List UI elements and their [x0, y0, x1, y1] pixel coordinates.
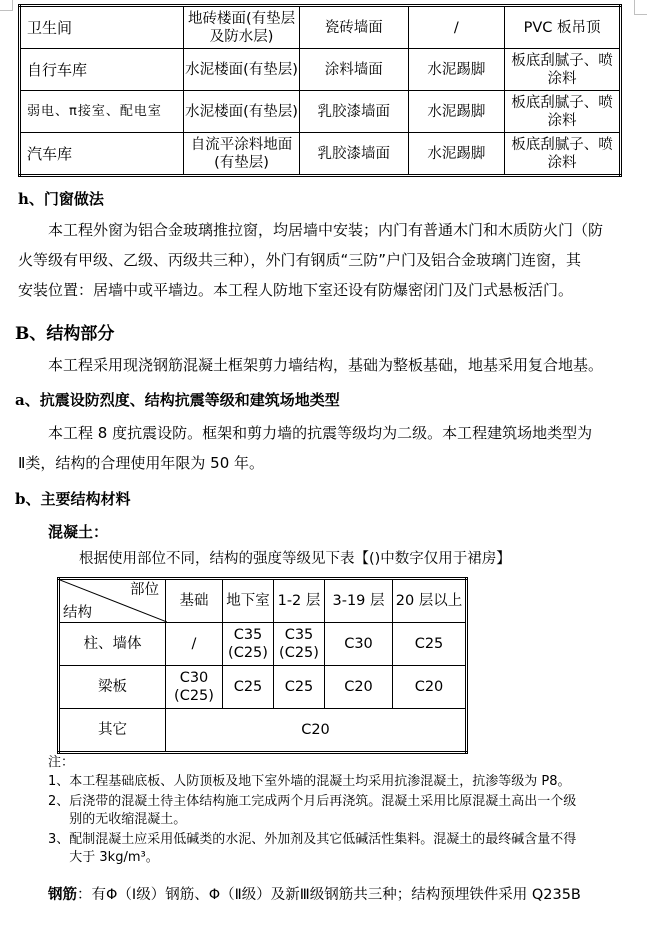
note-line: 后浇带的混凝土待主体结构施工完成两个月后再浇筑。混凝土采用比原混凝土高出一个级 — [69, 793, 576, 812]
grade-cell: C35 (C25) — [274, 623, 325, 666]
note-item: 3、配制混凝土应采用低碱类的水泥、外加剂及其它低碱活性集料。混凝土的最终碱含量不… — [48, 831, 638, 868]
para-line: 安装位置：居墙中或平墙边。本工程人防地下室还设有防爆密闭门及门式悬板活门。 — [18, 275, 638, 305]
note-line: 别的无收缩混凝土。 — [69, 811, 576, 830]
grade-cell: C30 (C25) — [166, 666, 223, 709]
grade-cell: C25 — [223, 666, 274, 709]
notes-list: 1、本工程基础底板、人防顶板及地下室外墙的混凝土均采用抗渗混凝土，抗渗等级为 P… — [48, 773, 638, 869]
strength-table-caption: 根据使用部位不同，结构的强度等级见下表【()中数字仅用于裙房】 — [79, 548, 511, 570]
grade-cell: C35 (C25) — [223, 623, 274, 666]
note-text: 本工程基础底板、人防顶板及地下室外墙的混凝土均采用抗渗混凝土，抗渗等级为 P8。 — [69, 773, 570, 792]
note-number: 2、 — [48, 793, 69, 830]
room-name-cell: 弱电、π接室、配电室 — [20, 91, 184, 133]
corner-bottom-label: 结构 — [63, 604, 92, 622]
finish-cell: 瓷砖墙面 — [299, 6, 408, 49]
page-corner-mark-left — [0, 0, 13, 11]
note-line: 大于 3kg/m³。 — [69, 849, 576, 868]
page-corner-mark-right — [634, 0, 647, 15]
merged-grade-cell: C20 — [166, 709, 467, 753]
finish-cell: PVC 板吊顶 — [505, 6, 621, 49]
para-line: 本工程外窗为铝合金玻璃推拉窗，均居墙中安装；内门有普通木门和木质防火门（防 — [18, 215, 638, 245]
note-item: 2、后浇带的混凝土待主体结构施工完成两个月后再浇筑。混凝土采用比原混凝土高出一个… — [48, 793, 638, 830]
grade-cell: C20 — [393, 666, 467, 709]
row-label-cell: 梁板 — [59, 666, 166, 709]
finish-cell: 水泥踢脚 — [408, 91, 505, 133]
column-header: 基础 — [166, 579, 223, 623]
note-text: 后浇带的混凝土待主体结构施工完成两个月后再浇筑。混凝土采用比原混凝土高出一个级别… — [69, 793, 576, 830]
column-header: 3-19 层 — [325, 579, 393, 623]
grade-cell: C25 — [274, 666, 325, 709]
table-row: 弱电、π接室、配电室水泥楼面(有垫层)乳胶漆墙面水泥踢脚板底刮腻子、喷涂料 — [20, 91, 621, 133]
para-line: Ⅱ类，结构的合理使用年限为 50 年。 — [18, 448, 638, 478]
column-header: 1-2 层 — [274, 579, 325, 623]
note-number: 1、 — [48, 773, 69, 792]
rebar-text: ：有Φ（Ⅰ级）钢筋、Φ（Ⅱ级）及新Ⅲ级钢筋共三种；结构预埋铁件采用 Q235B — [77, 887, 581, 903]
finish-cell: 板底刮腻子、喷涂料 — [505, 133, 621, 176]
note-line: 配制混凝土应采用低碱类的水泥、外加剂及其它低碱活性集料。混凝土的最终碱含量不得 — [69, 831, 576, 850]
note-line: 本工程基础底板、人防顶板及地下室外墙的混凝土均采用抗渗混凝土，抗渗等级为 P8。 — [69, 773, 570, 792]
note-item: 1、本工程基础底板、人防顶板及地下室外墙的混凝土均采用抗渗混凝土，抗渗等级为 P… — [48, 773, 638, 792]
notes-title: 注： — [48, 754, 74, 772]
finish-cell: 板底刮腻子、喷涂料 — [505, 49, 621, 91]
finish-cell: 涂料墙面 — [299, 49, 408, 91]
column-header: 20 层以上 — [393, 579, 467, 623]
grade-cell: C30 — [325, 623, 393, 666]
section-B-paragraph: 本工程采用现浇钢筋混凝土框架剪力墙结构，基础为整板基础，地基采用复合地基。 — [48, 350, 647, 380]
row-label-cell: 柱、墙体 — [59, 623, 166, 666]
corner-top-label: 部位 — [130, 581, 159, 599]
grade-cell: / — [166, 623, 223, 666]
finish-cell: 水泥踢脚 — [408, 133, 505, 176]
finish-cell: 自流平涂料地面(有垫层) — [184, 133, 300, 176]
column-header: 地下室 — [223, 579, 274, 623]
finish-cell: 板底刮腻子、喷涂料 — [505, 91, 621, 133]
table-row: 自行车库水泥楼面(有垫层)涂料墙面水泥踢脚板底刮腻子、喷涂料 — [20, 49, 621, 91]
section-b-heading: b、主要结构材料 — [15, 488, 131, 509]
section-h-heading: h、门窗做法 — [18, 188, 104, 209]
room-name-cell: 自行车库 — [20, 49, 184, 91]
finish-cell: 水泥楼面(有垫层) — [184, 49, 300, 91]
row-label-cell: 其它 — [59, 709, 166, 753]
table-row: 汽车库自流平涂料地面(有垫层)乳胶漆墙面水泥踢脚板底刮腻子、喷涂料 — [20, 133, 621, 176]
rebar-label: 钢筋 — [48, 886, 77, 903]
room-name-cell: 汽车库 — [20, 133, 184, 176]
table-row: 其它C20 — [59, 709, 467, 753]
table-row: 卫生间地砖楼面(有垫层及防水层)瓷砖墙面/PVC 板吊顶 — [20, 6, 621, 49]
finish-cell: 地砖楼面(有垫层及防水层) — [184, 6, 300, 49]
table-row: 柱、墙体/C35 (C25)C35 (C25)C30C25 — [59, 623, 467, 666]
section-a-heading: a、抗震设防烈度、结构抗震等级和建筑场地类型 — [15, 389, 340, 410]
concrete-label: 混凝土： — [48, 521, 108, 542]
room-name-cell: 卫生间 — [20, 6, 184, 49]
section-a-paragraph: 本工程 8 度抗震设防。框架和剪力墙的抗震等级均为二级。本工程建筑场地类型为 Ⅱ… — [18, 418, 638, 478]
note-number: 3、 — [48, 831, 69, 868]
rebar-paragraph: 钢筋：有Φ（Ⅰ级）钢筋、Φ（Ⅱ级）及新Ⅲ级钢筋共三种；结构预埋铁件采用 Q235… — [48, 880, 647, 910]
finish-cell: 水泥踢脚 — [408, 49, 505, 91]
table-row: 梁板C30 (C25)C25C25C20C20 — [59, 666, 467, 709]
finish-cell: 水泥楼面(有垫层) — [184, 91, 300, 133]
finish-schedule-table: 卫生间地砖楼面(有垫层及防水层)瓷砖墙面/PVC 板吊顶自行车库水泥楼面(有垫层… — [18, 4, 622, 177]
section-B-heading: B、结构部分 — [15, 319, 114, 344]
concrete-strength-table: 部位 结构 基础 地下室 1-2 层 3-19 层 20 层以上 柱、墙体/C3… — [57, 577, 468, 754]
note-text: 配制混凝土应采用低碱类的水泥、外加剂及其它低碱活性集料。混凝土的最终碱含量不得大… — [69, 831, 576, 868]
finish-cell: 乳胶漆墙面 — [299, 91, 408, 133]
para-line: 火等级有甲级、乙级、丙级共三种），外门有钢质“三防”户门及铝合金玻璃门连窗，其 — [18, 245, 638, 275]
para-line: 本工程 8 度抗震设防。框架和剪力墙的抗震等级均为二级。本工程建筑场地类型为 — [18, 418, 638, 448]
diagonal-header-cell: 部位 结构 — [59, 579, 166, 623]
finish-cell: / — [408, 6, 505, 49]
grade-cell: C20 — [325, 666, 393, 709]
grade-cell: C25 — [393, 623, 467, 666]
section-h-paragraph: 本工程外窗为铝合金玻璃推拉窗，均居墙中安装；内门有普通木门和木质防火门（防 火等… — [18, 215, 638, 305]
finish-cell: 乳胶漆墙面 — [299, 133, 408, 176]
